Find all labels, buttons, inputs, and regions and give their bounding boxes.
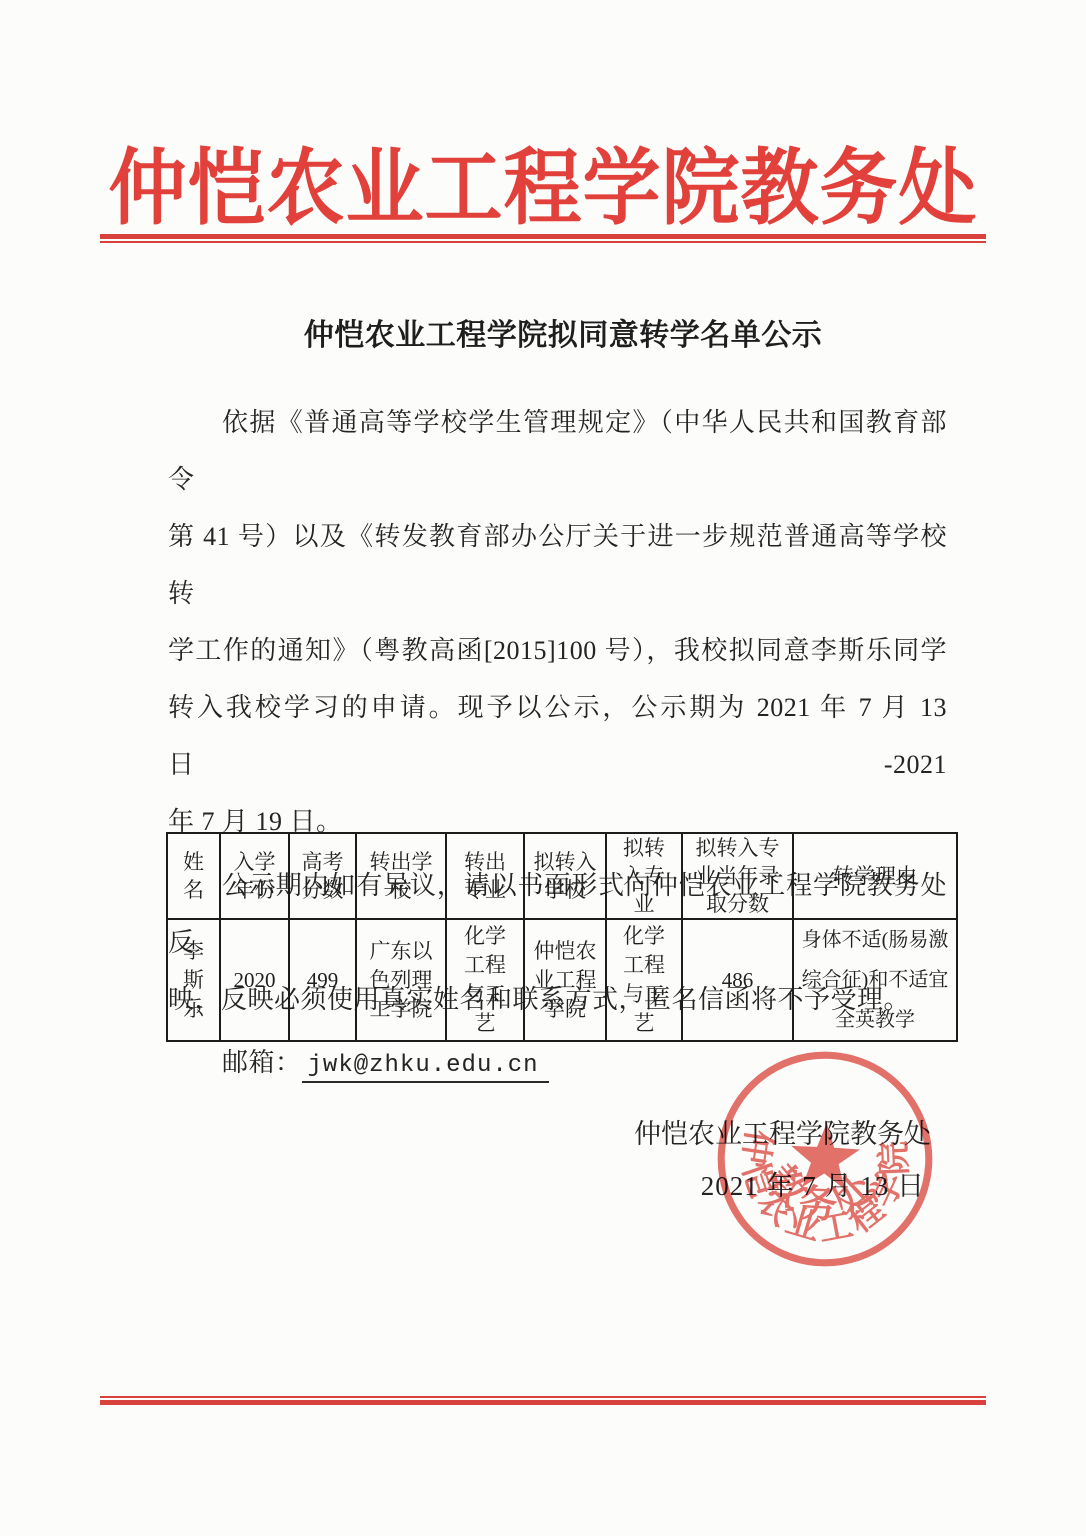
transfer-table: 姓名入学年份高考分数转出学校转出专业拟转入学校拟转入专业拟转入专业当年录取分数转… [166, 832, 958, 1042]
email-address: jwk@zhku.edu.cn [302, 1052, 549, 1083]
table-header-cell: 转出学校 [356, 833, 446, 919]
masthead-separator [100, 234, 986, 243]
table-cell: 仲恺农业工程学院 [524, 919, 606, 1041]
table-cell: 2020 [220, 919, 289, 1041]
table-cell: 化学工程与工艺 [606, 919, 682, 1041]
table-header-cell: 拟转入专业当年录取分数 [682, 833, 793, 919]
table-header-row: 姓名入学年份高考分数转出学校转出专业拟转入学校拟转入专业拟转入专业当年录取分数转… [167, 833, 957, 919]
table-header-cell: 转学理由 [793, 833, 957, 919]
document-page: 仲恺农业工程学院教务处 仲恺农业工程学院拟同意转学名单公示 依据《普通高等学校学… [0, 0, 1086, 1536]
table-header-cell: 拟转入学校 [524, 833, 606, 919]
notice-title: 仲恺农业工程学院拟同意转学名单公示 [168, 310, 958, 354]
table-header-cell: 入学年份 [220, 833, 289, 919]
body-line: 学工作的通知》（粤教高函[2015]100 号），我校拟同意李斯乐同学 [168, 622, 947, 679]
footer-separator [100, 1396, 986, 1405]
body-line: 第 41 号）以及《转发教育部办公厅关于进一步规范普通高等学校转 [168, 508, 947, 622]
table-cell: 化学工程与工艺 [446, 919, 524, 1041]
table-header-cell: 高考分数 [289, 833, 356, 919]
table-cell: 身体不适(肠易激综合征)和不适宜全英教学 [793, 919, 957, 1041]
official-seal: 仲恺农业工程学院 教务处 [687, 1021, 962, 1296]
table-cell: 499 [289, 919, 356, 1041]
table-header-cell: 姓名 [167, 833, 220, 919]
email-label: 邮箱： [222, 1048, 302, 1077]
separator-thin-line [100, 241, 986, 243]
separator-thick-line [100, 1400, 986, 1405]
table-cell: 广东以色列理工学院 [356, 919, 446, 1041]
table-body: 李斯乐2020499广东以色列理工学院化学工程与工艺仲恺农业工程学院化学工程与工… [167, 919, 957, 1041]
table-cell: 李斯乐 [167, 919, 220, 1041]
table-row: 李斯乐2020499广东以色列理工学院化学工程与工艺仲恺农业工程学院化学工程与工… [167, 919, 957, 1041]
body-line: 依据《普通高等学校学生管理规定》（中华人民共和国教育部令 [168, 394, 947, 508]
masthead-title: 仲恺农业工程学院教务处 [0, 143, 1086, 232]
table-header-cell: 转出专业 [446, 833, 524, 919]
table-header-cell: 拟转入专业 [606, 833, 682, 919]
paragraph-1: 依据《普通高等学校学生管理规定》（中华人民共和国教育部令第 41 号）以及《转发… [168, 394, 947, 850]
body-line: 转入我校学习的申请。现予以公示，公示期为 2021 年 7 月 13 日-202… [168, 679, 947, 793]
